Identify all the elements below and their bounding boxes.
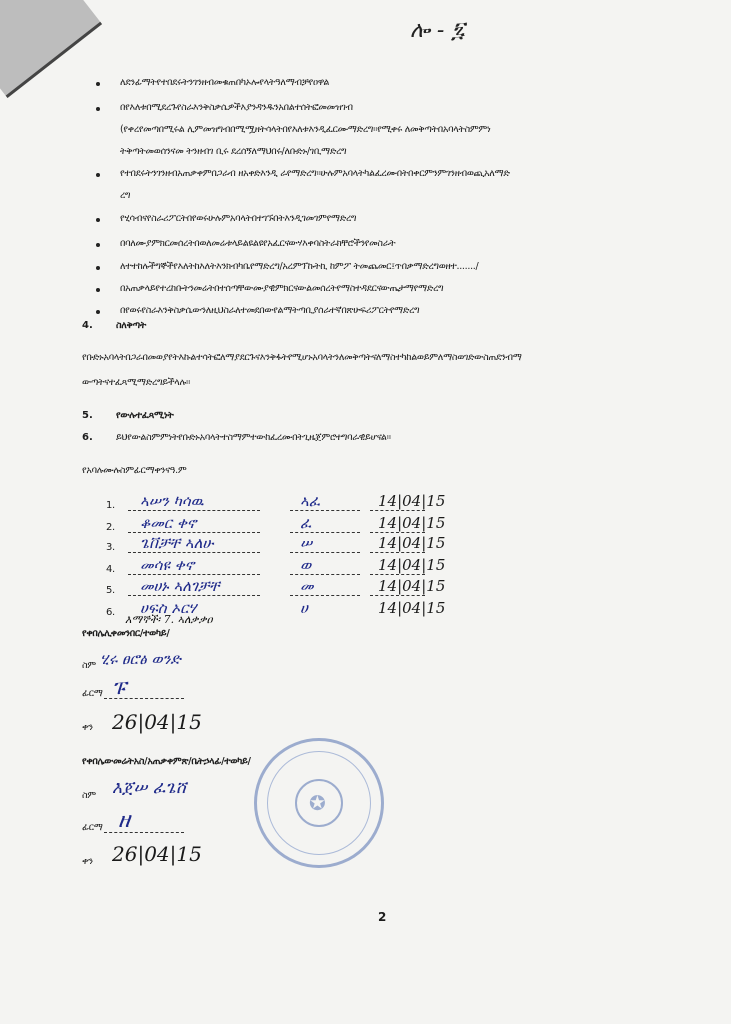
member-date-line	[370, 595, 425, 596]
officer-title: የቀበሌውመሬትአስ/አጠቃቀምጽ/ቤትኃላፊ/ተወካይ/	[82, 756, 251, 767]
officer-sign-label: ፊርማ	[82, 822, 103, 833]
member-signature-line	[290, 510, 360, 511]
section-6-number: 6.	[82, 432, 93, 443]
bullet-icon	[96, 266, 100, 270]
officer-signature: ዘ	[118, 808, 130, 833]
section-4-number: 4.	[82, 320, 93, 331]
member-date: 14|04|15	[378, 556, 445, 574]
member-name: መሳዩ ቀኖ	[140, 556, 194, 574]
page-corner-fold	[0, 0, 102, 98]
member-date-line	[370, 510, 425, 511]
member-name: ኣሠን ካሳዉ	[140, 492, 204, 510]
member-name: ቆመር ቀኖ	[140, 514, 196, 532]
officer-date-value: 26|04|15	[112, 842, 202, 866]
member-number: 6.	[106, 607, 115, 618]
officer-name-label: ስም	[82, 790, 96, 801]
bullet-text: (የቀረየመጣበሚሩል ሊምመዝግብበሚሟዘትሳላትበየእለቱእንዲፈርሙማድረ…	[120, 124, 490, 135]
bullet-text: የሂሳብናየስራሪፖርትበየወሩሁሉምአባላትበተገኙበትእንዲገመገምየማድረ…	[120, 213, 356, 224]
member-date-line	[370, 532, 425, 533]
member-signature: ፈ	[300, 514, 311, 532]
member-signature: ሠ	[300, 534, 312, 552]
member-date: 14|04|15	[378, 514, 445, 532]
member-date: 14|04|15	[378, 599, 445, 617]
bullet-icon	[96, 82, 100, 86]
section-4-body-line-2: ውጣትናተፈጻሚማድረግይችላሉ።	[82, 377, 190, 388]
bullet-text: ለደንፊማትየተበደሩትንገንዘብመቁጠበካኦሎየላትዓለማብቻየዐዋል	[120, 77, 329, 88]
officer-name-value: እጀሠ ፈጌሸ	[112, 778, 186, 798]
receiver-date-label: ቀን	[82, 722, 93, 733]
receiver-name-value: ሂሩ ፀሮፅ ወንድ	[100, 650, 181, 668]
members-label: የአባሉሙሉስምፊርማቀንናዓ.ም	[82, 465, 186, 476]
handwritten-page-mark: ሎ - ፯	[410, 18, 465, 43]
section-5-title: የውሉተፈጻሚነት	[116, 410, 173, 421]
member-signature: ሀ	[300, 599, 308, 617]
member-number: 2.	[106, 522, 115, 533]
bullet-text: በአጠቃላይየተረከቡትንመሬትበተሰጣቸውሙያዊምክርናውልመሰረትየማስተዳ…	[120, 283, 443, 294]
section-5-number: 5.	[82, 410, 93, 421]
member-signature: ኣፈ	[300, 492, 320, 510]
member-date: 14|04|15	[378, 577, 445, 595]
member-name-line	[128, 510, 260, 511]
member-date: 14|04|15	[378, 492, 445, 510]
official-stamp: ✪	[254, 738, 384, 868]
receiver-name-label: ስም	[82, 660, 96, 671]
member-name: ጌቨቻቸ ኣለሁ	[140, 534, 213, 552]
member-number: 1.	[106, 500, 115, 511]
member-date-line	[370, 574, 425, 575]
receiver-signature: ፑ	[112, 675, 126, 699]
bullet-icon	[96, 310, 100, 314]
bullet-icon	[96, 288, 100, 292]
receiver-date-value: 26|04|15	[112, 710, 202, 734]
member-name-line	[128, 595, 260, 596]
bullet-text: ለተተከሉችግኞችየእለትከእለትእንክብካቤየማድረግ/አረምፕኩትኪ ከምፖ…	[120, 261, 478, 272]
member-name-line	[128, 552, 260, 553]
section-4-body-line-1: የቡድኑአባላትበጋራበመወያየትእኩልተሳትፎለማያደርጉናእንቅፋትየሚሆኑ…	[82, 352, 522, 363]
member-signature-line	[290, 574, 360, 575]
section-4-title: ስለቅጣት	[116, 320, 146, 331]
bullet-text: የተበደሩትንገንዘብአጠቃቀምበጋራብ ዘአቀድእንዲ ራየማድረግ።ሁሉምአ…	[120, 168, 510, 179]
bullet-text: በባለሙያምክርመሰረትበወለመሬቱላይልዩልዩየአፈርናውሃእቀባስትራክቸሮ…	[120, 238, 395, 249]
bullet-text: ትቅጣትመወሰንናመ ትንዘብገ ቢሩ ደረሰኝለማህበሩ/ለቡድኑ/ገቢማድረ…	[120, 146, 346, 157]
section-6-text: ይህየውልስምምነትየቡድኑአባላትተስማምተውከፈረሙበትጊዜጀምሮተግባራዊ…	[116, 432, 391, 443]
member-name: መሀኑ ኣለገቻቸ	[140, 577, 220, 595]
bullet-icon	[96, 243, 100, 247]
receiver-title: የቀበሌሊቀመንበር/ተወካይ/	[82, 628, 170, 639]
member-signature-line	[290, 595, 360, 596]
page-number: 2	[378, 910, 386, 924]
bullet-text: በየእለቱበሚደረጉየስራእንቅስቃሴዎችእያንዳንዱንአበልተሰትፎመመዝገብ	[120, 102, 353, 113]
member-signature-line	[290, 532, 360, 533]
member-name-line	[128, 532, 260, 533]
witness-note: እማኞች፡ 7. ኣለቃቃዐ	[125, 613, 213, 627]
member-number: 5.	[106, 585, 115, 596]
member-date: 14|04|15	[378, 534, 445, 552]
member-signature: ወ	[300, 556, 311, 574]
emblem-icon: ✪	[309, 791, 326, 815]
bullet-icon	[96, 173, 100, 177]
bullet-text: በየወሩየስራእንቅስቃሴውንለዚህስራለተመደበውየልማትጣቢያሰራተኛበጽሁ…	[120, 305, 419, 316]
officer-date-label: ቀን	[82, 856, 93, 867]
bullet-text: ረግ	[120, 190, 130, 201]
bullet-icon	[96, 107, 100, 111]
member-signature-line	[290, 552, 360, 553]
member-number: 4.	[106, 564, 115, 575]
officer-sign-line	[104, 832, 184, 833]
member-name-line	[128, 574, 260, 575]
member-date-line	[370, 552, 425, 553]
receiver-sign-label: ፊርማ	[82, 688, 103, 699]
member-number: 3.	[106, 542, 115, 553]
member-signature: መ	[300, 577, 314, 595]
bullet-icon	[96, 218, 100, 222]
